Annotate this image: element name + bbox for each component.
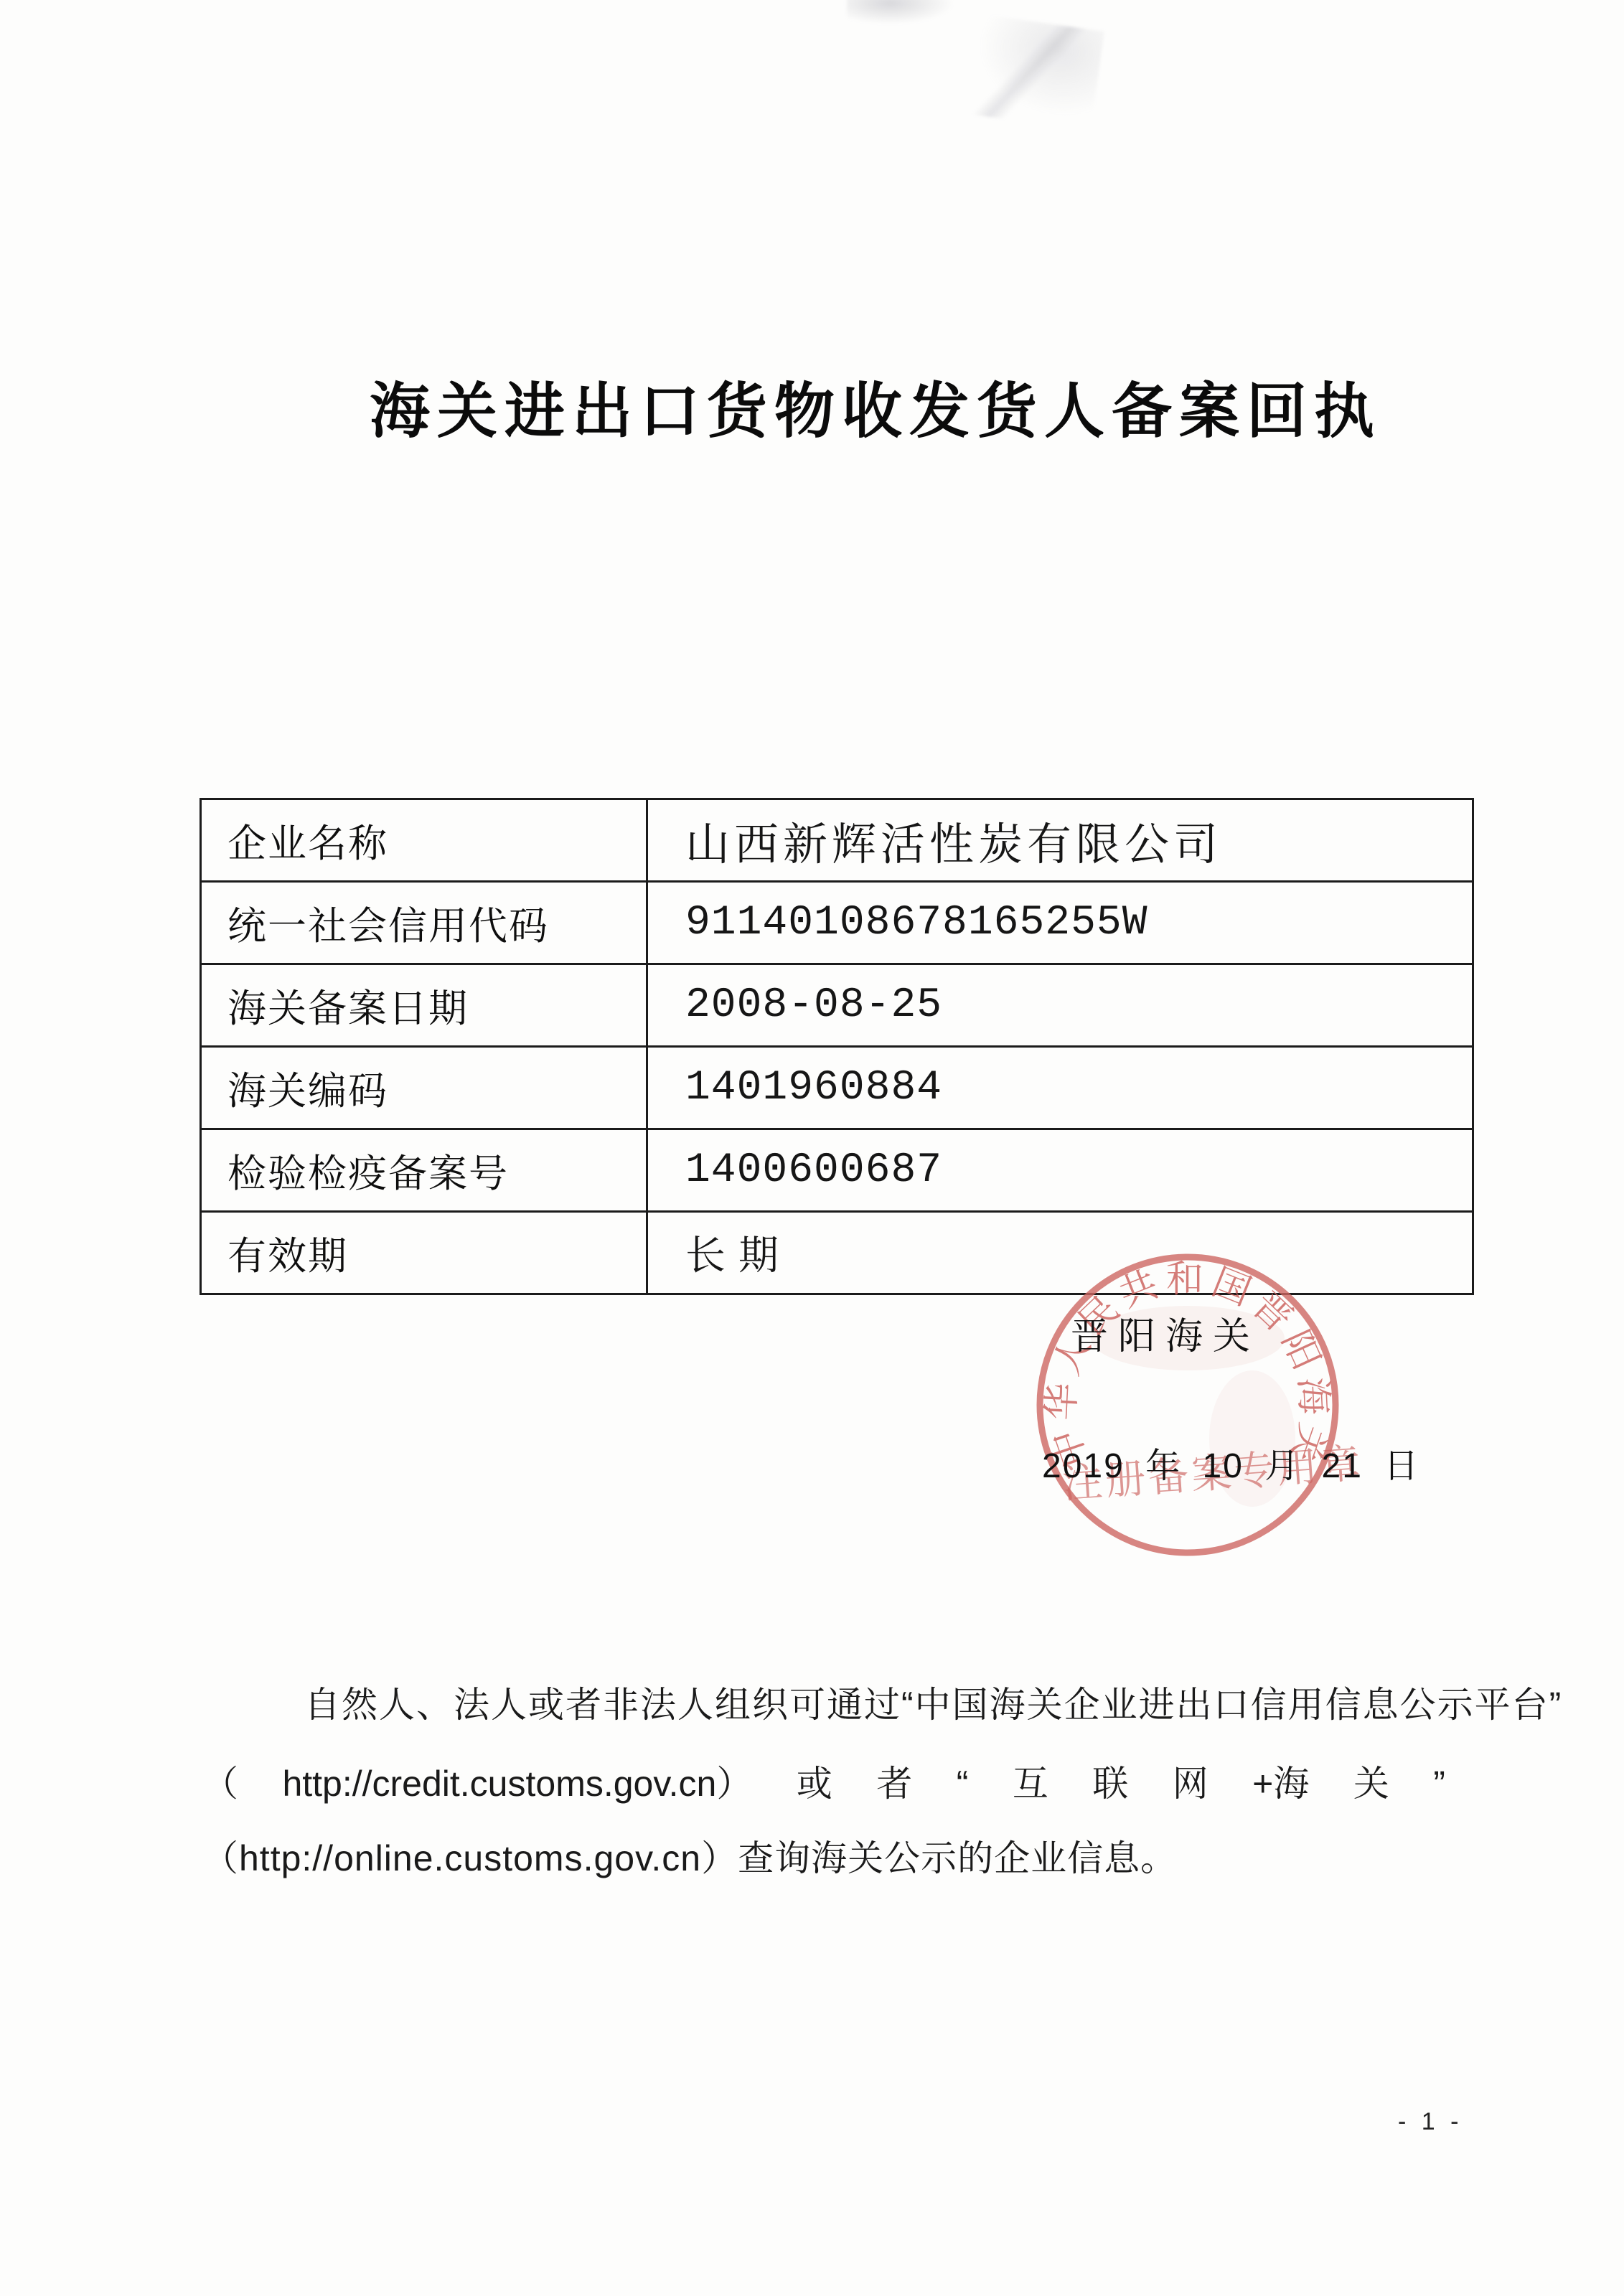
row-label: 统一社会信用代码 [201, 882, 647, 964]
issue-date: 2019 年 10 月 21 日 [1042, 1438, 1419, 1487]
footer-token: +海 [1252, 1755, 1309, 1807]
row-value: 1401960884 [647, 1047, 1473, 1129]
row-value: 2008-08-25 [647, 964, 1473, 1047]
row-value: 1400600687 [647, 1129, 1473, 1212]
document-title: 海关进出口货物收发货人备案回执 [370, 363, 1381, 450]
row-value: 91140108678165255W [647, 882, 1473, 964]
footer-token: （ [202, 1755, 238, 1807]
scan-smudge [847, 0, 954, 24]
footer-notice-line-1: 自然人、法人或者非法人组织可通过“中国海关企业进出口信用信息公示平台” [304, 1676, 1562, 1728]
footer-token-credit-url: http://credit.customs.gov.cn） [282, 1755, 752, 1807]
footer-token: 网 [1173, 1755, 1208, 1807]
footer-token: 或 [797, 1755, 832, 1807]
row-label: 检验检疫备案号 [201, 1129, 647, 1212]
footer-token: ” [1433, 1763, 1445, 1805]
issuing-office-name: 晋阳海关 [1071, 1306, 1260, 1360]
row-label: 海关备案日期 [201, 964, 647, 1047]
seal-ring [1040, 1257, 1336, 1553]
footer-token: “ [957, 1763, 969, 1805]
row-value: 山西新辉活性炭有限公司 [647, 799, 1473, 882]
scanned-document-page: 海关进出口货物收发货人备案回执 企业名称 山西新辉活性炭有限公司 统一社会信用代… [0, 0, 1624, 2296]
scan-smudge [955, 12, 1104, 131]
footer-token: 关 [1353, 1755, 1389, 1807]
table-row: 海关编码 1401960884 [201, 1047, 1473, 1129]
page-number: - 1 - [1398, 2108, 1463, 2136]
footer-notice-line-2: （ http://credit.customs.gov.cn） 或 者 “ 互 … [202, 1755, 1445, 1807]
table-row: 企业名称 山西新辉活性炭有限公司 [201, 799, 1473, 882]
footer-token: 互 [1013, 1755, 1048, 1807]
table-row: 检验检疫备案号 1400600687 [201, 1129, 1473, 1212]
customs-seal-stamp: 中华人民共和国晋阳海关 注册备案专用章 [1005, 1223, 1371, 1589]
footer-token: 联 [1092, 1755, 1128, 1807]
row-label: 企业名称 [201, 799, 647, 882]
table-row: 统一社会信用代码 91140108678165255W [201, 882, 1473, 964]
row-label: 有效期 [201, 1212, 647, 1294]
row-label: 海关编码 [201, 1047, 647, 1129]
registration-info-table: 企业名称 山西新辉活性炭有限公司 统一社会信用代码 91140108678165… [200, 798, 1474, 1295]
footer-notice-line-3: （http://online.customs.gov.cn）查询海关公示的企业信… [202, 1830, 1177, 1881]
footer-token: 者 [876, 1755, 912, 1807]
table-row: 海关备案日期 2008-08-25 [201, 964, 1473, 1047]
